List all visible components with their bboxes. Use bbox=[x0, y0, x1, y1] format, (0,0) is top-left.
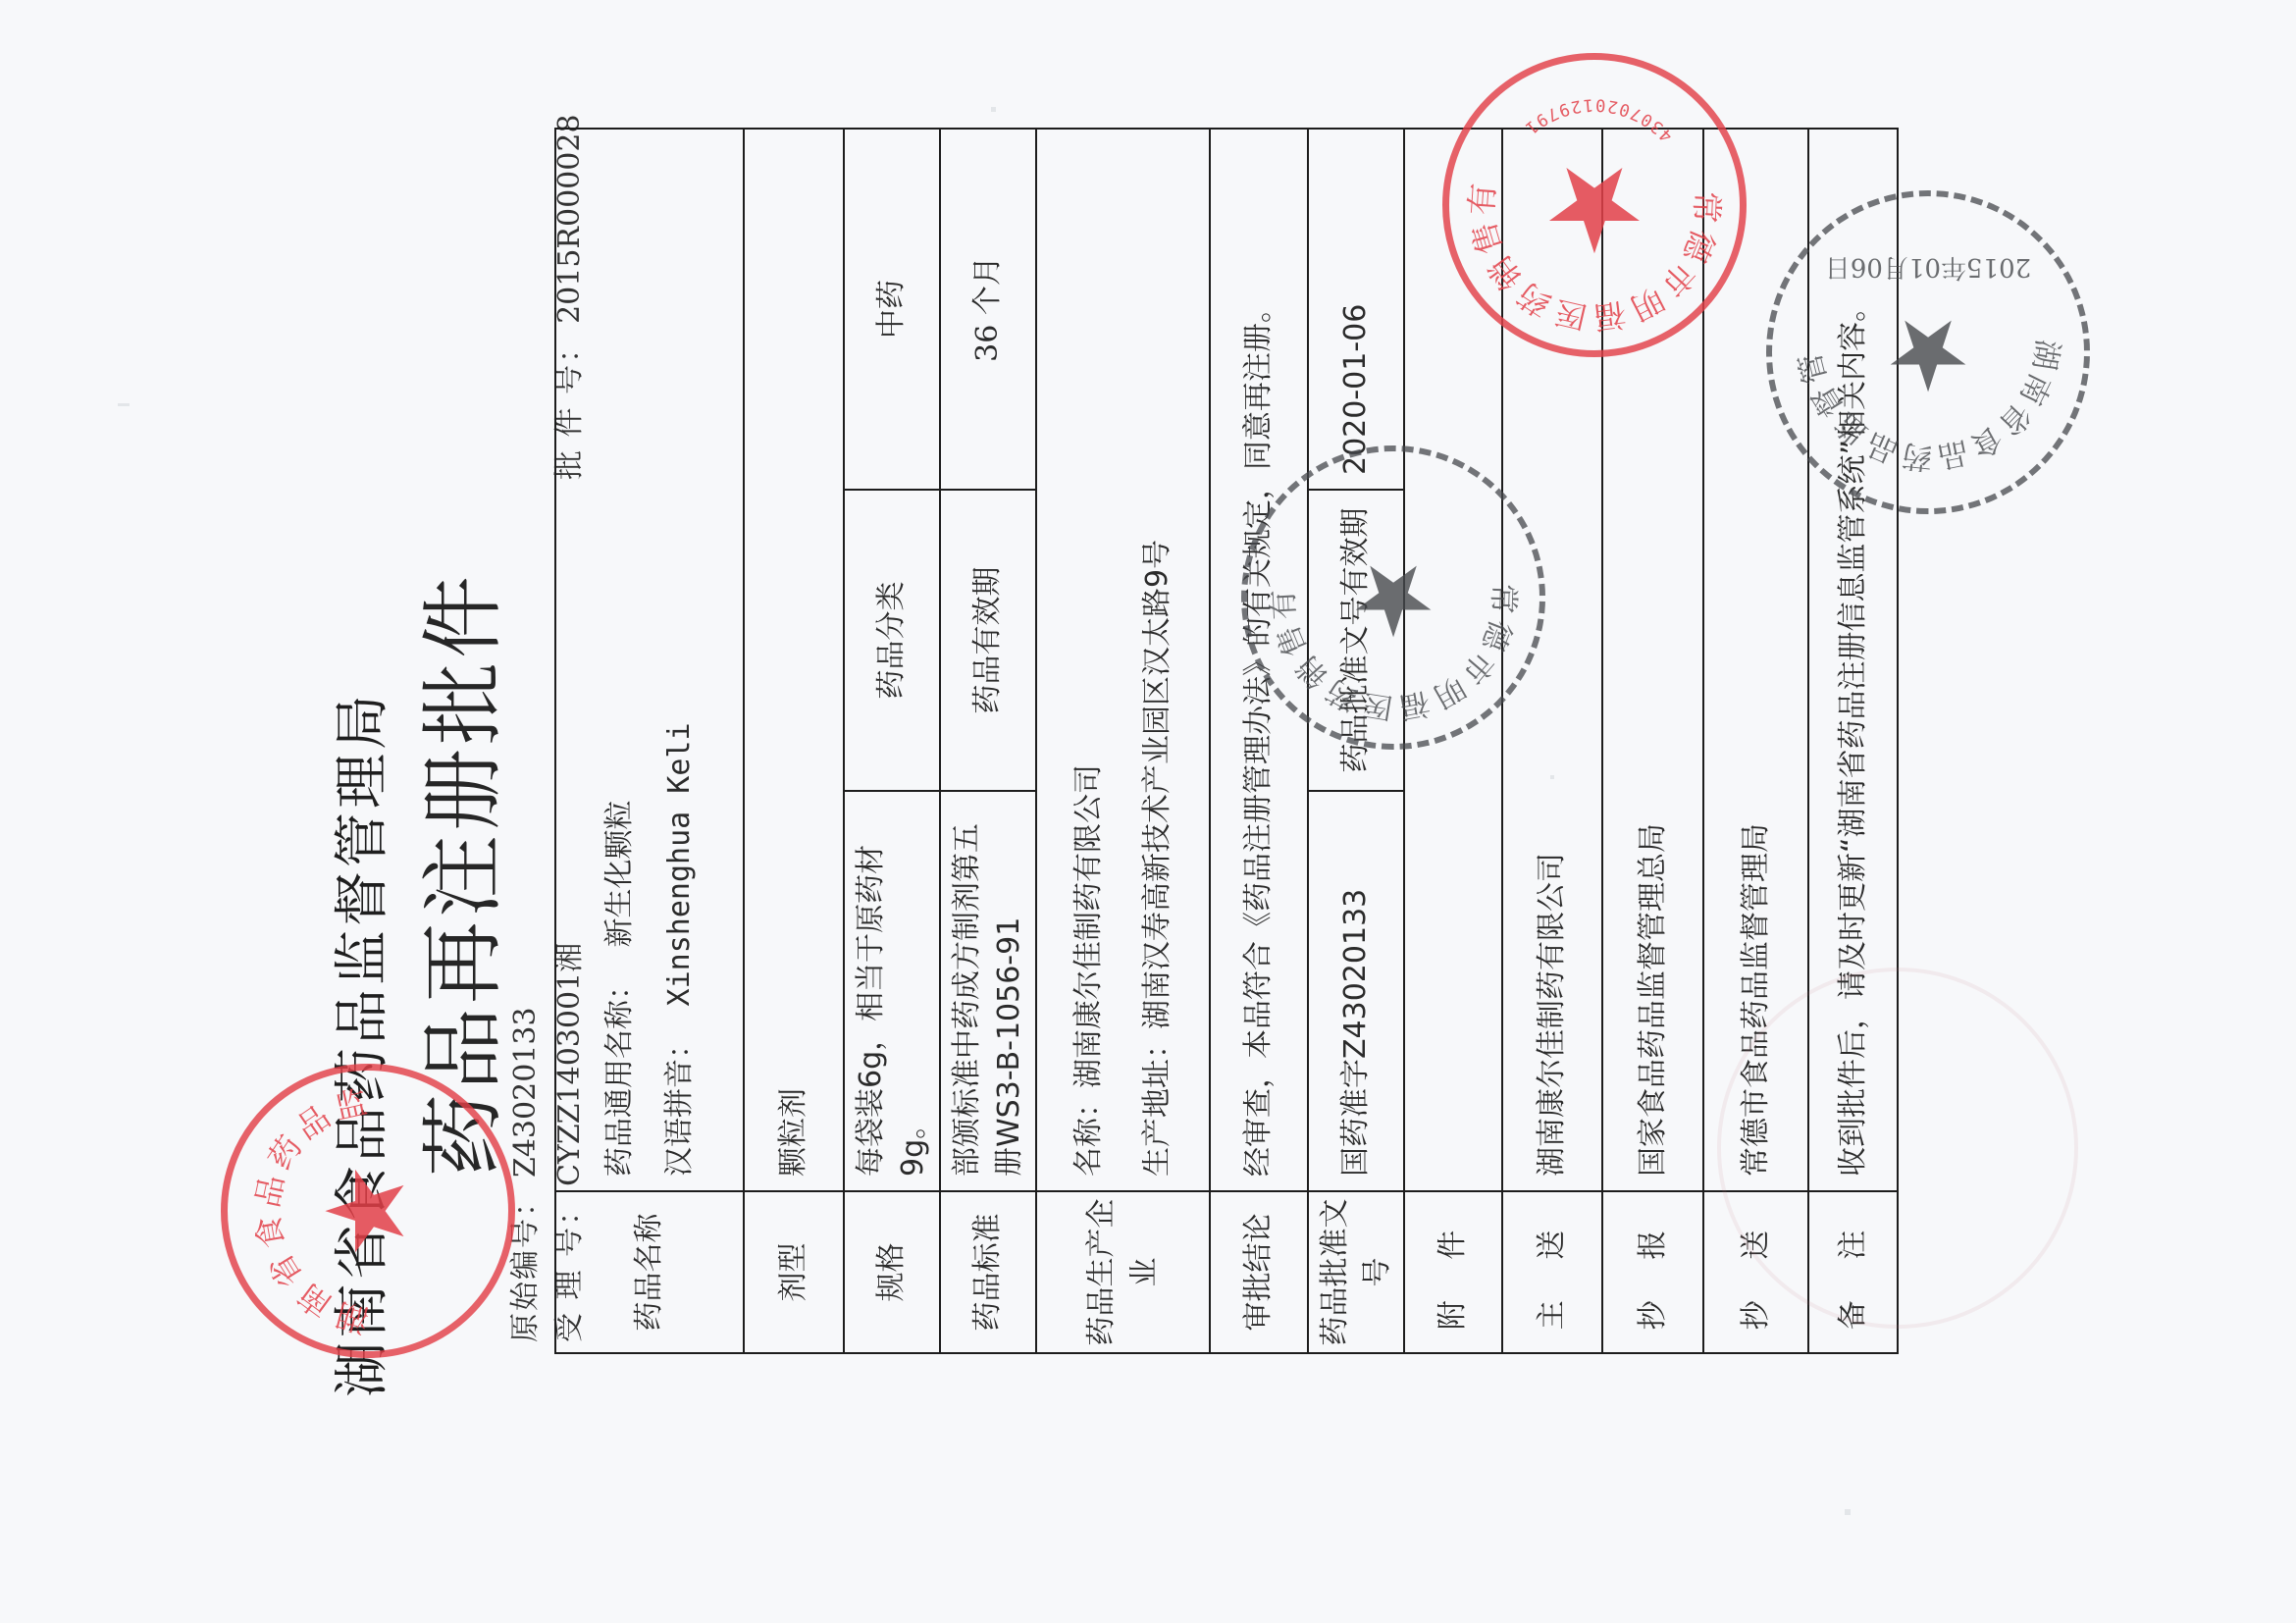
document-title: 药品再注册批件 bbox=[397, 97, 516, 1177]
generic-name-line: 药品通用名称： 新生化颗粒 bbox=[599, 800, 642, 1177]
classification-value: 中药 bbox=[845, 130, 939, 489]
original-number-label: 原始编号： bbox=[508, 1185, 543, 1342]
row-conclusion: 审批结论 经审查，本品符合《药品注册管理办法》的有关规定，同意再注册。 bbox=[1209, 130, 1307, 1352]
standard-value: 部颁标准中药成方制剂第五册WS3-B-1056-91 bbox=[941, 790, 1035, 1190]
shelf-life-value: 36 个月 bbox=[941, 130, 1035, 489]
row-specification: 规格 每袋装6g，相当于原药材9g。 药品分类 中药 bbox=[843, 130, 939, 1352]
approval-validity-label: 药品批准文号有效期 bbox=[1309, 489, 1403, 790]
manufacturer-name: 湖南康尔佳制药有限公司 bbox=[1071, 764, 1106, 1088]
conclusion-label: 审批结论 bbox=[1211, 1190, 1307, 1352]
approval-document-page: 湖南省食品药品监督管理局 药品再注册批件 原始编号：Z43020133 受 理 … bbox=[0, 0, 2296, 1623]
classification-label: 药品分类 bbox=[845, 489, 939, 790]
generic-name-label: 药品通用名称： bbox=[602, 970, 637, 1177]
row-manufacturer: 药品生产企业 名称：湖南康尔佳制药有限公司 生产地址：湖南汉寿高新技术产业园区汉… bbox=[1035, 130, 1209, 1352]
row-dosage-form: 剂型 颗粒剂 bbox=[743, 130, 843, 1352]
issuer-heading: 湖南省食品药品监督管理局 bbox=[319, 122, 397, 1397]
faint-stamp-remnant bbox=[1717, 968, 2078, 1329]
generic-name: 新生化颗粒 bbox=[602, 800, 637, 947]
manufacturer-address-line: 生产地址：湖南汉寿高新技术产业园区汉太路9号 bbox=[1136, 540, 1179, 1177]
report-to-label: 抄 报 bbox=[1603, 1190, 1702, 1352]
attachment-value bbox=[1405, 130, 1501, 1190]
conclusion-value: 经审查，本品符合《药品注册管理办法》的有关规定，同意再注册。 bbox=[1211, 130, 1307, 1190]
original-number: 原始编号：Z43020133 bbox=[500, 1007, 544, 1342]
approval-validity-value: 2020-01-06 bbox=[1309, 130, 1403, 489]
drug-name-label: 药品名称 bbox=[556, 1190, 743, 1352]
attachment-label: 附 件 bbox=[1405, 1190, 1501, 1352]
original-number-value: Z43020133 bbox=[508, 1007, 543, 1178]
row-report-to: 抄 报 国家食品药品监督管理总局 bbox=[1601, 130, 1702, 1352]
report-to-value: 国家食品药品监督管理总局 bbox=[1603, 130, 1702, 1190]
pinyin-label: 汉语拼音： bbox=[662, 1029, 697, 1177]
approval-number-label: 药品批准文号 bbox=[1309, 1190, 1403, 1352]
send-to-label: 主 送 bbox=[1503, 1190, 1601, 1352]
row-attachment: 附 件 bbox=[1403, 130, 1501, 1352]
row-send-to: 主 送 湖南康尔佳制药有限公司 bbox=[1501, 130, 1601, 1352]
approval-table: 药品名称 药品通用名称： 新生化颗粒 汉语拼音： Xinshenghua Kel… bbox=[554, 128, 1899, 1354]
send-to-value: 湖南康尔佳制药有限公司 bbox=[1503, 130, 1601, 1190]
pinyin-line: 汉语拼音： Xinshenghua Keli bbox=[658, 722, 702, 1177]
shelf-life-label: 药品有效期 bbox=[941, 489, 1035, 790]
manufacturer-name-line: 名称：湖南康尔佳制药有限公司 bbox=[1068, 764, 1111, 1177]
dosage-form-label: 剂型 bbox=[745, 1190, 843, 1352]
row-approval-number: 药品批准文号 国药准字Z43020133 药品批准文号有效期 2020-01-0… bbox=[1307, 130, 1403, 1352]
row-drug-name: 药品名称 药品通用名称： 新生化颗粒 汉语拼音： Xinshenghua Kel… bbox=[556, 130, 743, 1352]
pinyin: Xinshenghua Keli bbox=[662, 722, 697, 1006]
manufacturer-name-label: 名称： bbox=[1071, 1088, 1106, 1177]
row-standard: 药品标准 部颁标准中药成方制剂第五册WS3-B-1056-91 药品有效期 36… bbox=[939, 130, 1035, 1352]
manufacturer-label: 药品生产企业 bbox=[1037, 1190, 1209, 1352]
drug-name-value: 药品通用名称： 新生化颗粒 汉语拼音： Xinshenghua Keli bbox=[556, 130, 743, 1190]
standard-label: 药品标准 bbox=[941, 1190, 1035, 1352]
manufacturer-address-label: 生产地址： bbox=[1140, 1029, 1174, 1177]
dosage-form-value: 颗粒剂 bbox=[745, 130, 843, 1190]
specification-value: 每袋装6g，相当于原药材9g。 bbox=[845, 790, 939, 1190]
manufacturer-address: 湖南汉寿高新技术产业园区汉太路9号 bbox=[1140, 540, 1174, 1029]
specification-label: 规格 bbox=[845, 1190, 939, 1352]
manufacturer-value: 名称：湖南康尔佳制药有限公司 生产地址：湖南汉寿高新技术产业园区汉太路9号 bbox=[1037, 130, 1209, 1190]
approval-number-value: 国药准字Z43020133 bbox=[1309, 790, 1403, 1190]
